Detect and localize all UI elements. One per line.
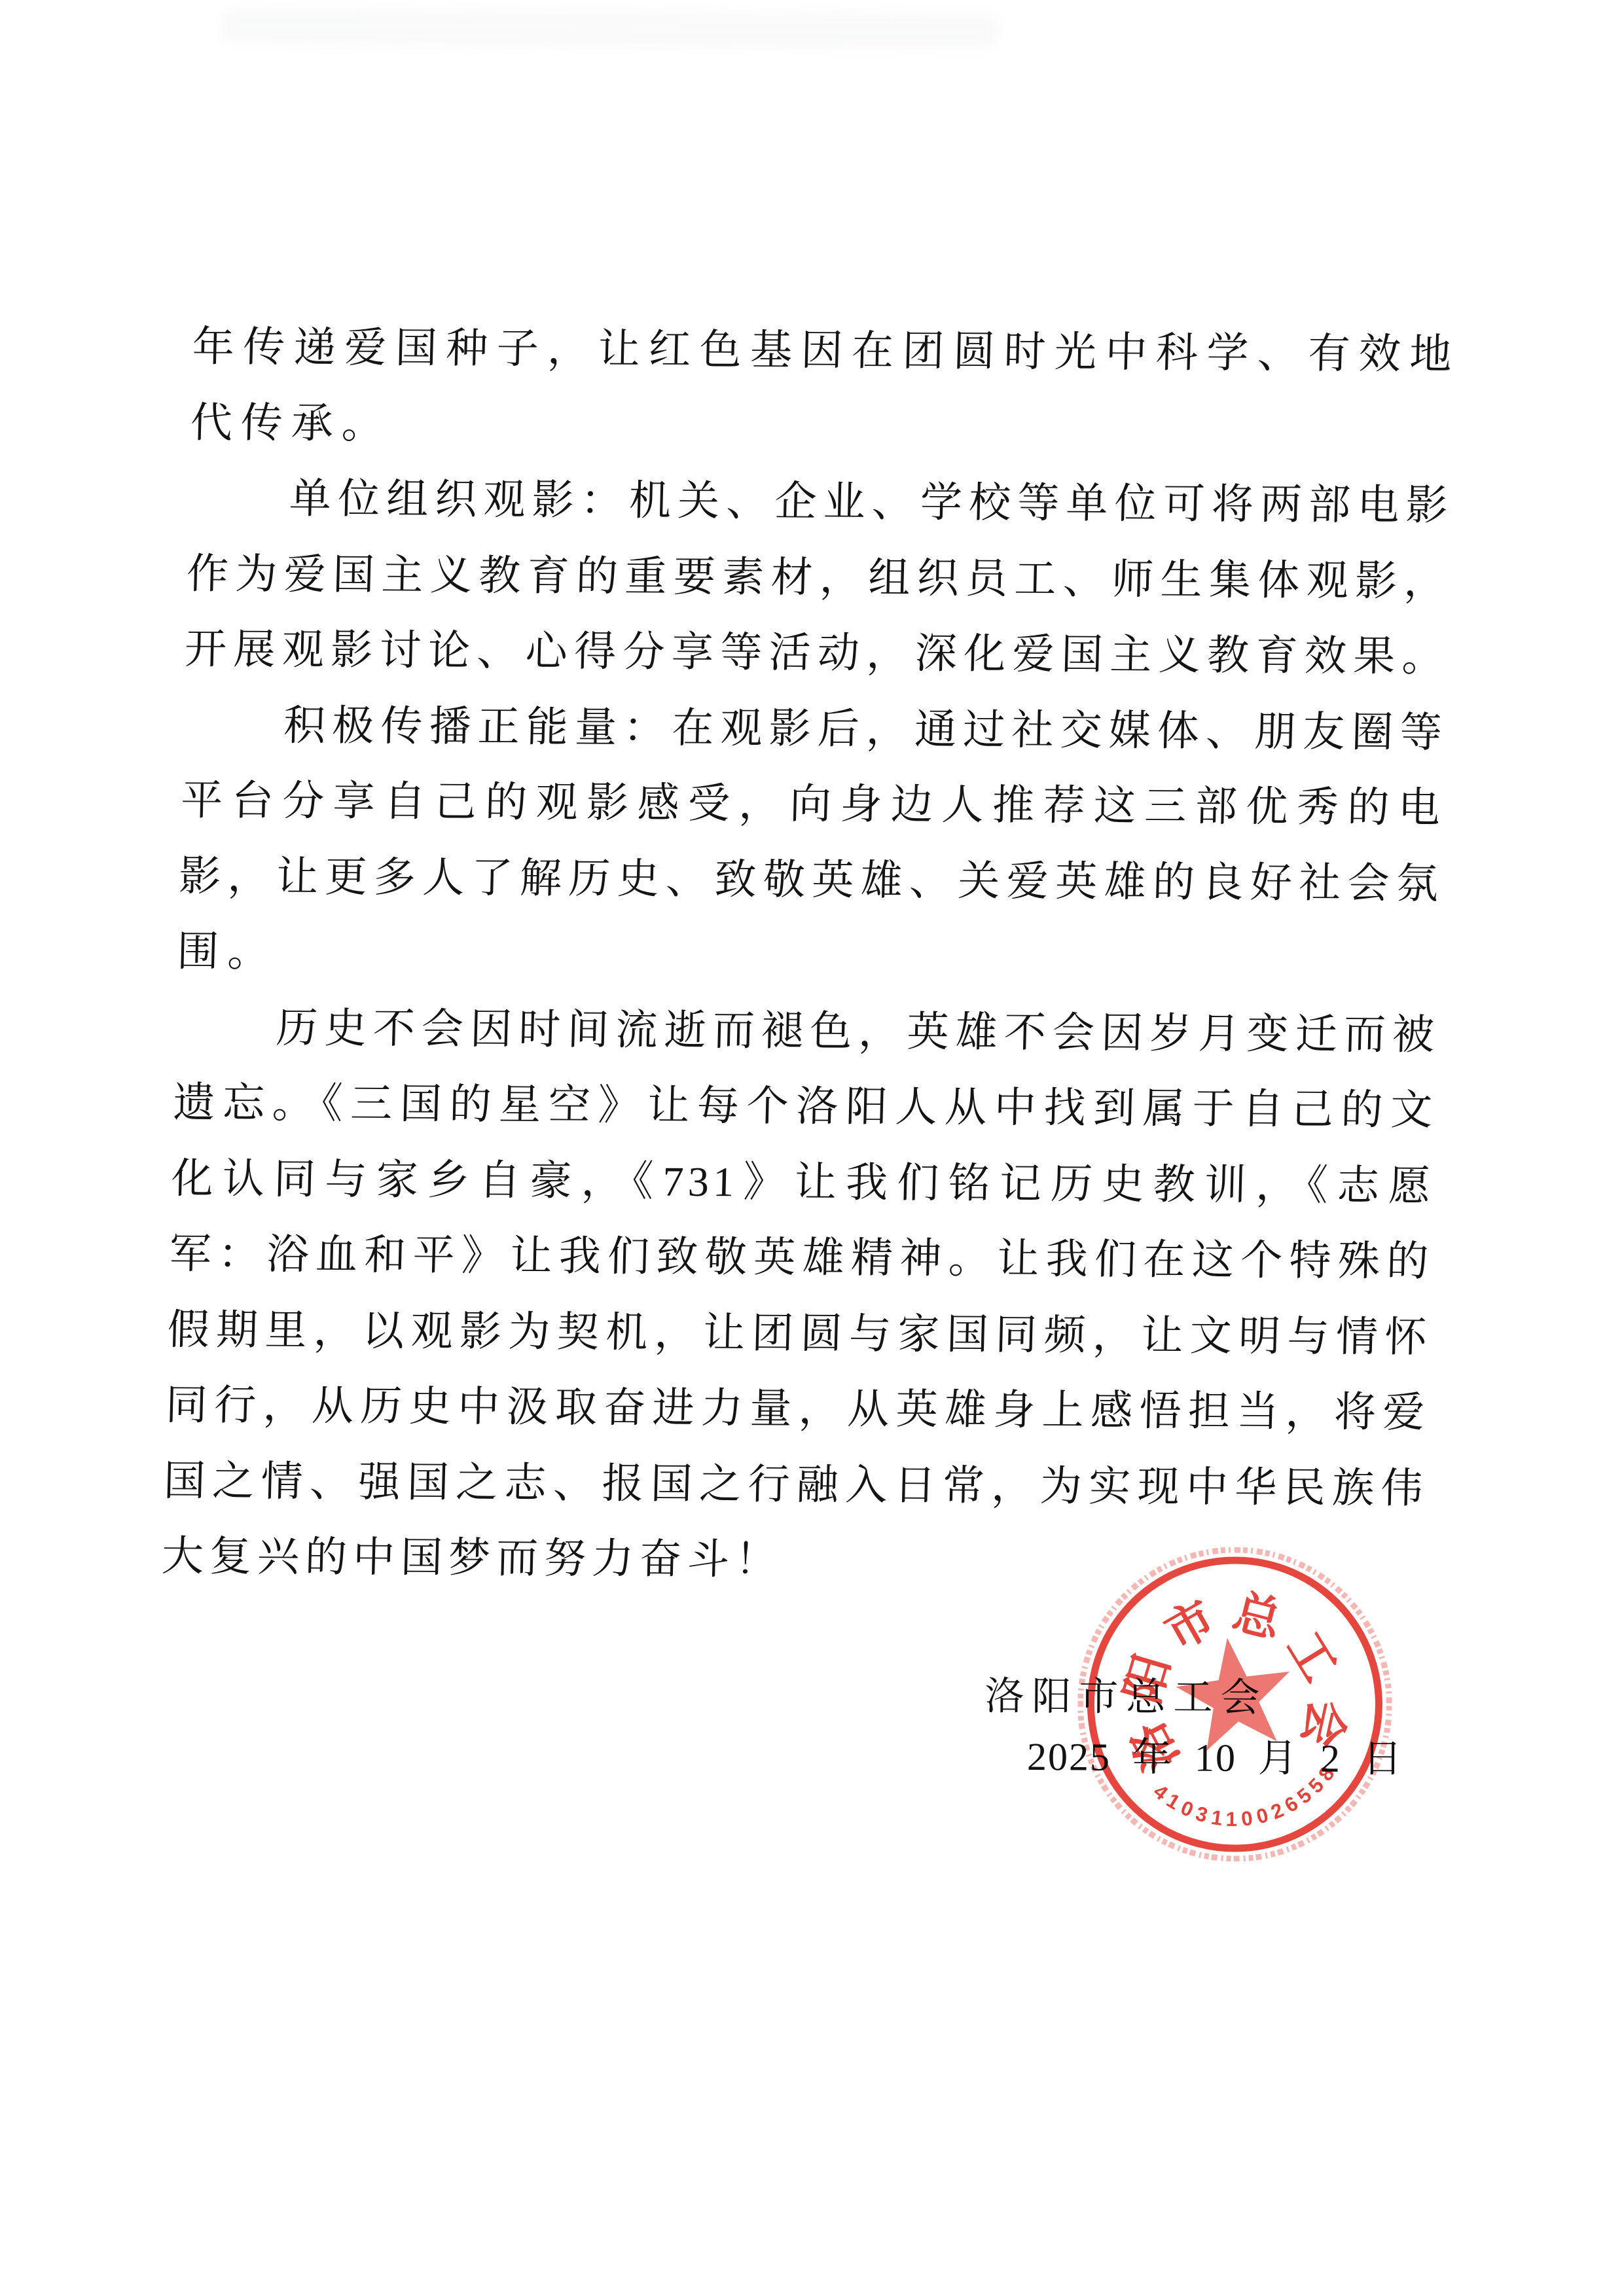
body-line: 影，让更多人了解历史、致敬英雄、关爱英雄的良好社会氛 [178, 838, 1443, 922]
body-line: 大复兴的中国梦而努力奋斗！ [161, 1518, 1426, 1602]
seal-ring-char: 工 [1277, 1623, 1346, 1691]
body-line: 遗忘。《三国的星空》让每个洛阳人从中找到属于自己的文 [172, 1065, 1437, 1148]
body-line: 代传承。 [189, 385, 1454, 468]
body-line: 假期里，以观影为契机，让团圆与家国同频，让文明与情怀 [166, 1292, 1432, 1375]
body-line: 化认同与家乡自豪，《731》让我们铭记历史教训，《志愿 [170, 1141, 1435, 1224]
body-line: 军：浴血和平》让我们致敬英雄精神。让我们在这个特殊的 [168, 1216, 1434, 1299]
body-line: 围。 [176, 914, 1441, 997]
scan-ghost-artifact [221, 9, 1000, 48]
page: { "document": { "page_bg": "#ffffff", "t… [0, 0, 1624, 2296]
body-line: 单位组织观影：机关、企业、学校等单位可将两部电影 [188, 460, 1453, 543]
body-line: 作为爱国主义教育的重要素材，组织员工、师生集体观影， [186, 536, 1451, 619]
signature-date: 2025 年 10 月 2 日 [1027, 1724, 1404, 1792]
body-line: 年传递爱国种子，让红色基因在团圆时光中科学、有效地 [191, 309, 1456, 392]
body-line: 历史不会因时间流逝而褪色，英雄不会因岁月变迁而被 [174, 990, 1439, 1073]
letter-body: 年传递爱国种子，让红色基因在团圆时光中科学、有效地 代传承。 单位组织观影：机关… [161, 309, 1457, 1602]
body-line: 国之情、强国之志、报国之行融入日常，为实现中华民族伟 [163, 1443, 1428, 1526]
body-line: 开展观影讨论、心得分享等活动，深化爱国主义教育效果。 [184, 611, 1449, 694]
signature-org-name: 洛阳市总工会 [984, 1664, 1268, 1731]
body-line: 同行，从历史中汲取奋进力量，从英雄身上感悟担当，将爱 [164, 1367, 1430, 1450]
seal-ring-char: 市 [1157, 1591, 1223, 1660]
body-line: 平台分享自己的观影感受，向身边人推荐这三部优秀的电 [180, 762, 1445, 846]
body-line: 积极传播正能量：在观影后，通过社交媒体、朋友圈等 [182, 687, 1447, 770]
scanned-letter-sheet: 洛 阳 市 总 工 会 4103110026558 年传递爱国种子，让红色基因在… [0, 0, 1624, 2296]
